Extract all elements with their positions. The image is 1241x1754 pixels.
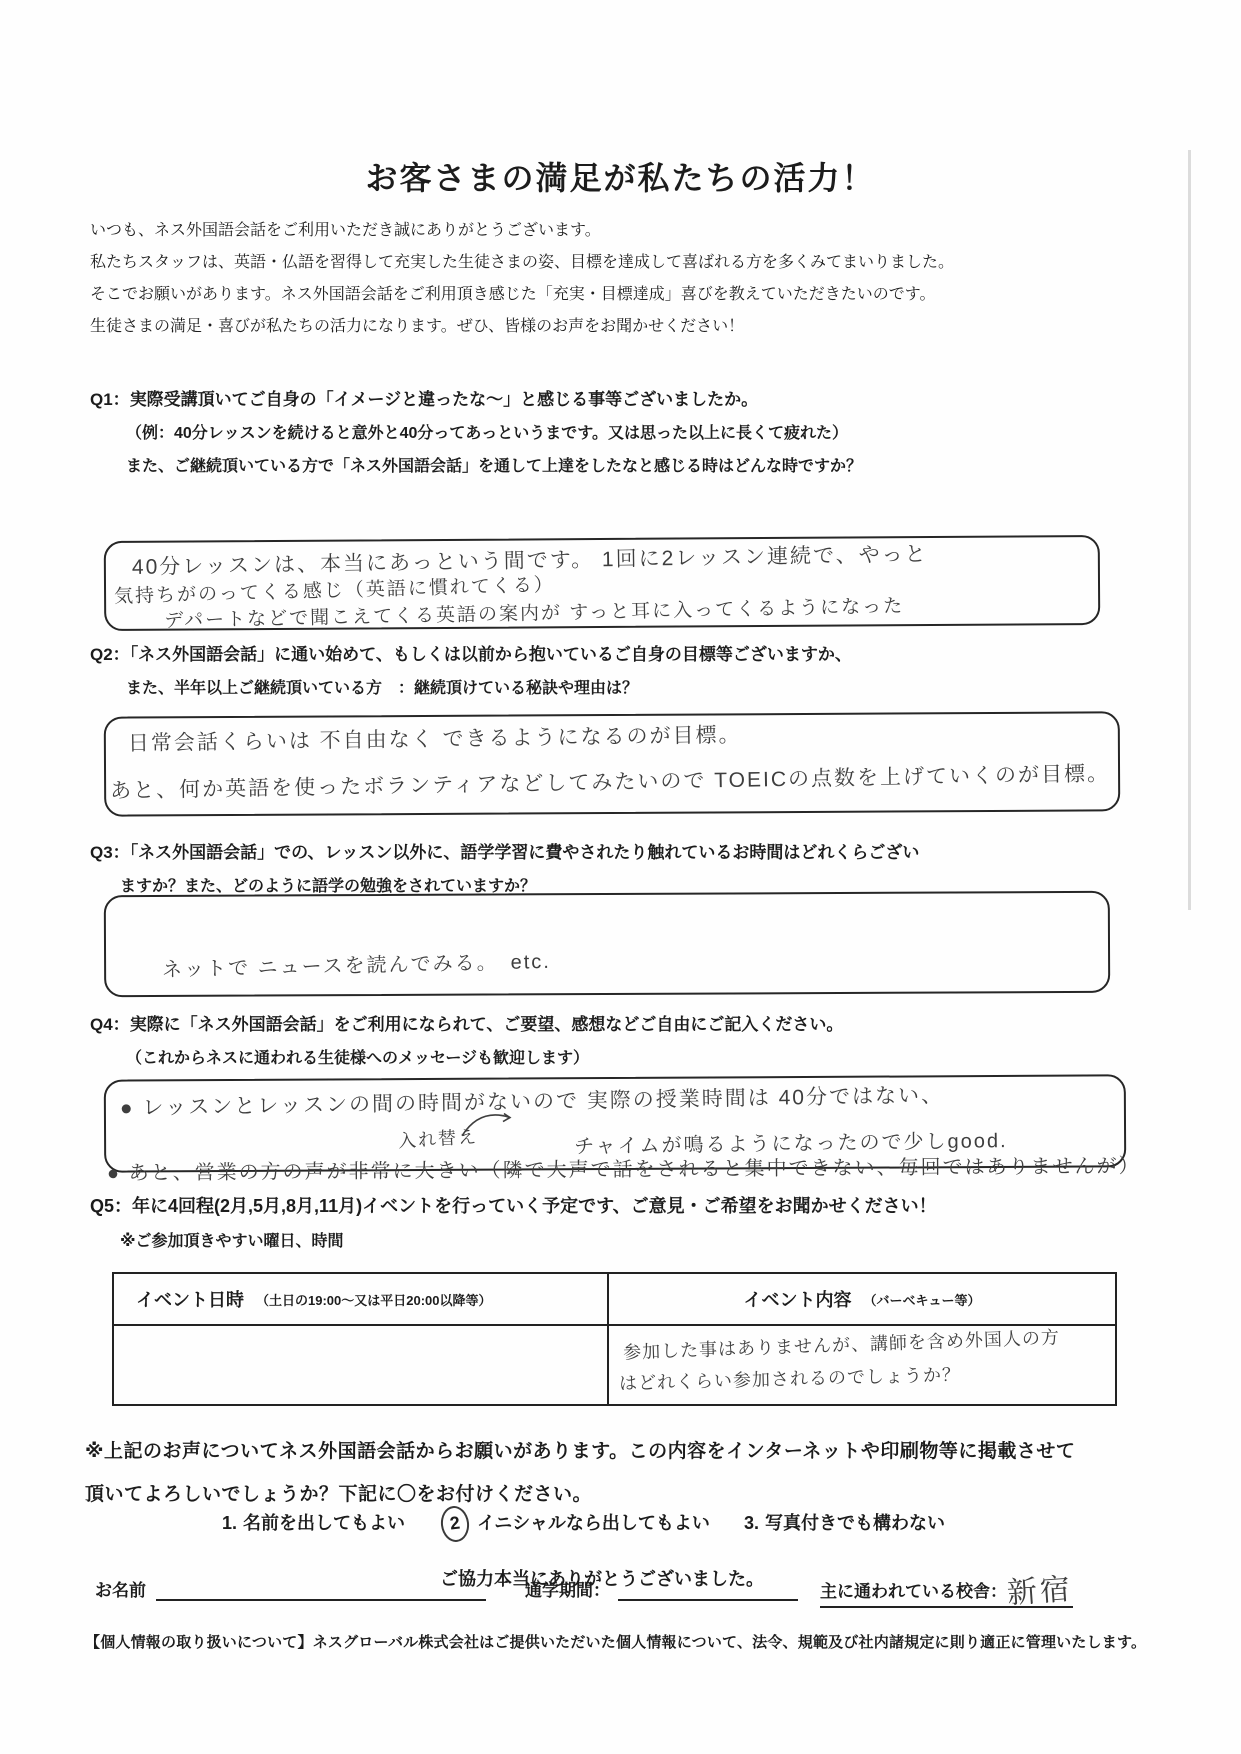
question-q1: Q1：実際受講頂いてご自身の「イメージと違ったな～」と感じる事等ございましたか。…: [90, 385, 862, 476]
q1-number: Q1：: [90, 390, 130, 409]
scan-artifact-line: [1188, 150, 1191, 910]
consent-line: 頂いてよろしいでしょうか？下記に〇をお付けください。: [85, 1479, 1075, 1506]
q4-handwritten-line: ● レッスンとレッスンの間の時間がないので 実際の授業時間は 40分ではない、: [120, 1085, 944, 1119]
question-q5: Q5：年に4回程(2月,5月,8月,11月)イベントを行っていく予定です、ご意見…: [90, 1192, 937, 1251]
option-1-number: 1.: [222, 1513, 237, 1533]
event-content-header: イベント内容: [743, 1286, 851, 1312]
period-field-label: 通学期間：: [525, 1581, 610, 1600]
q1-handwritten-line: 40分レッスンは、本当にあっという間です。 1回に2レッスン連続で、やっと: [132, 544, 928, 578]
q4-text: 実際に「ネス外国語会話」をご利用になられて、ご要望、感想などご自由にご記入くださ…: [130, 1015, 844, 1034]
page-title: お客さまの満足が私たちの活力！: [0, 153, 1241, 199]
event-datetime-header-cell: イベント日時 （土日の19:00～又は平日20:00以降等）: [114, 1274, 609, 1324]
question-q2: Q2：「ネス外国語会話」に通い始めて、もしくは以前から抱いているご自身の目標等ご…: [90, 640, 852, 698]
q4-handwritten-line: チャイムが鳴るようになったので少しgood.: [574, 1131, 1008, 1157]
q2-handwritten-line: 日常会話くらいは 不自由なく できるようになるのが目標。: [128, 725, 742, 755]
q2-answer-box: 日常会話くらいは 不自由なく できるようになるのが目標。 あと、何か英語を使った…: [104, 711, 1121, 816]
q3-handwritten-line: ネットで ニュースを読んでみる。 etc.: [162, 952, 551, 980]
event-content-note: （バーベキュー等）: [863, 1290, 980, 1309]
q4-note: （これからネスに通われる生徒様へのメッセージも歓迎します）: [126, 1045, 843, 1068]
signature-fields-row: お名前 通学期間： 主に通われている校舎：新宿: [0, 1576, 1241, 1626]
q1-handwritten-line: 気持ちがのってくる感じ（英語に慣れてくる）: [114, 576, 555, 607]
q2-followup: また、半年以上ご継続頂いている方 ：継続頂けている秘訣や理由は？: [126, 675, 852, 698]
q1-example: （例：40分レッスンを続けると意外と40分ってあっというまです。又は思った以上に…: [126, 420, 862, 443]
event-datetime-note: （土日の19:00～又は平日20:00以降等）: [256, 1290, 492, 1309]
q1-answer-box: 40分レッスンは、本当にあっという間です。 1回に2レッスン連続で、やっと 気持…: [104, 535, 1101, 631]
q2-number: Q2：: [90, 645, 130, 664]
consent-options: 1.名前を出してもよい2イニシャルなら出してもよい3.写真付きでも構わない: [222, 1506, 979, 1542]
option-3-label: 写真付きでも構わない: [765, 1513, 945, 1533]
event-content-handwritten-line: はどれくらい参加されるのでしょうか？: [619, 1366, 961, 1393]
option-3-number: 3.: [744, 1513, 759, 1533]
school-handwritten-value: 新宿: [1006, 1578, 1074, 1607]
intro-line: いつも、ネス外国語会話をご利用いただき誠にありがとうございます。: [90, 222, 954, 239]
intro-paragraph: いつも、ネス外国語会話をご利用いただき誠にありがとうございます。 私たちスタッフ…: [90, 222, 954, 350]
event-datetime-answer-cell: [114, 1326, 609, 1404]
q2-text: 「ネス外国語会話」に通い始めて、もしくは以前から抱いているご自身の目標等ございま…: [130, 645, 852, 664]
q5-note: ※ご参加頂きやすい曜日、時間: [120, 1228, 937, 1251]
insertion-arrow-icon: [458, 1104, 514, 1138]
privacy-notice: 【個人情報の取り扱いについて】ネスグローバル株式会社はご提供いただいた個人情報に…: [85, 1631, 1146, 1652]
option-1-label: 名前を出してもよい: [243, 1513, 405, 1533]
intro-line: 生徒さまの満足・喜びが私たちの活力になります。ぜひ、皆様のお声をお聞かせください…: [90, 318, 954, 335]
intro-line: そこでお願いがあります。ネス外国語会話をご利用頂き感じた「充実・目標達成」喜びを…: [90, 286, 954, 303]
survey-form-page: お客さまの満足が私たちの活力！ いつも、ネス外国語会話をご利用いただき誠にありが…: [0, 0, 1241, 1754]
event-content-header-cell: イベント内容 （バーベキュー等）: [609, 1274, 1115, 1324]
q4-number: Q4：: [90, 1015, 130, 1034]
event-table: イベント日時 （土日の19:00～又は平日20:00以降等） イベント内容 （バ…: [112, 1272, 1117, 1406]
question-q3: Q3：「ネス外国語会話」での、レッスン以外に、語学学習に費やされたり触れているお…: [90, 838, 919, 896]
intro-line: 私たちスタッフは、英語・仏語を習得して充実した生徒さまの姿、目標を達成して喜ばれ…: [90, 254, 954, 271]
school-field-label: 主に通われている校舎：: [820, 1582, 1007, 1601]
q2-handwritten-line: あと、何か英語を使ったボランティアなどしてみたいので TOEICの点数を上げてい…: [110, 763, 1110, 801]
period-field-underline: [618, 1579, 798, 1601]
event-content-answer-cell: 参加した事はありませんが、講師を含め外国人の方 はどれくらい参加されるのでしょう…: [609, 1326, 1115, 1404]
name-field-label: お名前: [95, 1581, 146, 1600]
q1-followup: また、ご継続頂いている方で「ネス外国語会話」を通して上達をしたなと感じる時はどん…: [126, 453, 862, 476]
q3-answer-box: ネットで ニュースを読んでみる。 etc.: [104, 891, 1110, 997]
option-2-label: イニシャルなら出してもよい: [477, 1513, 710, 1533]
event-content-handwritten-line: 参加した事はありませんが、講師を含め外国人の方: [623, 1328, 1060, 1361]
consent-line: ※上記のお声についてネス外国語会話からお願いがあります。この内容をインターネット…: [85, 1436, 1075, 1463]
q5-number: Q5：: [90, 1196, 132, 1216]
q1-text: 実際受講頂いてご自身の「イメージと違ったな～」と感じる事等ございましたか。: [130, 390, 759, 409]
event-table-header-row: イベント日時 （土日の19:00～又は平日20:00以降等） イベント内容 （バ…: [114, 1274, 1115, 1326]
name-field-underline: [156, 1579, 486, 1601]
q3-text: 「ネス外国語会話」での、レッスン以外に、語学学習に費やされたり触れているお時間は…: [130, 843, 920, 862]
option-2-circled-number: 2: [439, 1504, 471, 1543]
event-datetime-header: イベント日時: [136, 1286, 244, 1312]
event-table-body-row: 参加した事はありませんが、講師を含め外国人の方 はどれくらい参加されるのでしょう…: [114, 1326, 1115, 1404]
q5-text: 年に4回程(2月,5月,8月,11月)イベントを行っていく予定です、ご意見・ご希…: [132, 1196, 937, 1216]
q3-number: Q3：: [90, 843, 130, 862]
question-q4: Q4：実際に「ネス外国語会話」をご利用になられて、ご要望、感想などご自由にご記入…: [90, 1010, 843, 1068]
